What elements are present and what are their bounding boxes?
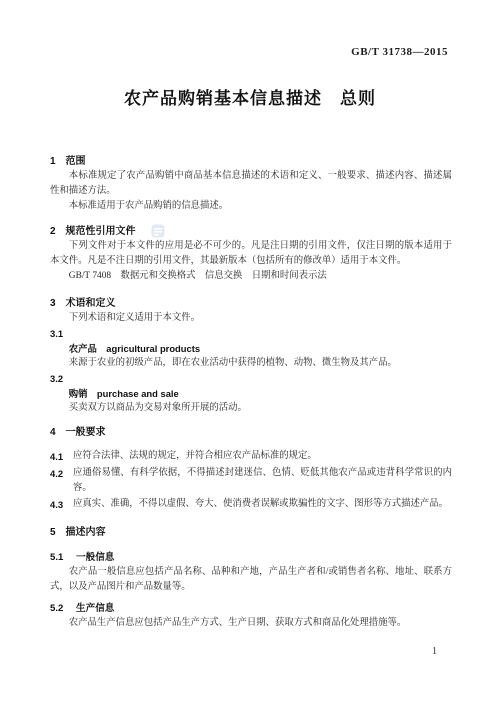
subsection-title: 一般信息 — [76, 552, 114, 563]
subsection-paragraph: 农产品一般信息应包括产品名称、品种和产地，产品生产者和/或销售者名称、地址、联系… — [50, 565, 452, 595]
requirement-item: 4.3 应真实、准确，不得以虚假、夸大、使消费者误解或欺骗性的文字、图形等方式描… — [50, 497, 452, 512]
subsection-paragraph: 农产品生产信息应包括产品生产方式、生产日期、获取方式和商品化处理措施等。 — [50, 616, 452, 631]
section-heading-description-content: 5 描述内容 — [50, 525, 452, 540]
section-heading-references: 2 规范性引用文件 — [50, 224, 452, 239]
term-name: 农产品 agricultural products — [50, 341, 452, 356]
requirement-text: 应符合法律、法规的规定，并符合相应农产品标准的规定。 — [73, 449, 452, 464]
section-heading-scope: 1 范围 — [50, 154, 452, 169]
document-title: 农产品购销基本信息描述 总则 — [0, 84, 500, 109]
requirement-number: 4.2 — [50, 466, 63, 496]
term-number: 3.1 — [50, 326, 452, 341]
document-page: GB/T 31738—2015 农产品购销基本信息描述 总则 1 范围 本标准规… — [0, 0, 500, 703]
requirement-number: 4.1 — [50, 449, 63, 464]
term-name: 购销 purchase and sale — [50, 386, 452, 401]
term-number: 3.2 — [50, 371, 452, 386]
requirement-item: 4.1 应符合法律、法规的规定，并符合相应农产品标准的规定。 — [50, 449, 452, 464]
subsection-heading-production-info: 5.2 生产信息 — [50, 601, 452, 616]
references-paragraph: 下列文件对于本文件的应用是必不可少的。凡是注日期的引用文件，仅注日期的版本适用于… — [50, 239, 452, 269]
requirement-item: 4.2 应通俗易懂、有科学依据，不得描述封建迷信、色情、贬低其他农产品或违背科学… — [50, 466, 452, 496]
term-definition: 买卖双方以商品为交易对象所开展的活动。 — [50, 401, 452, 416]
requirement-text: 应通俗易懂、有科学依据，不得描述封建迷信、色情、贬低其他农产品或违背科学常识的内… — [73, 466, 452, 496]
section-heading-general-requirements: 4 一般要求 — [50, 425, 452, 440]
terms-intro: 下列术语和定义适用于本文件。 — [50, 311, 452, 326]
subsection-heading-general-info: 5.1 一般信息 — [50, 550, 452, 565]
requirement-number: 4.3 — [50, 497, 63, 512]
requirement-text: 应真实、准确，不得以虚假、夸大、使消费者误解或欺骗性的文字、图形等方式描述产品。 — [73, 497, 452, 512]
scope-paragraph-1: 本标准规定了农产品购销中商品基本信息描述的术语和定义、一般要求、描述内容、描述属… — [50, 169, 452, 199]
term-definition: 来源于农业的初级产品，即在农业活动中获得的植物、动物、微生物及其产品。 — [50, 356, 452, 371]
references-citation: GB/T 7408 数据元和交换格式 信息交换 日期和时间表示法 — [50, 269, 452, 284]
document-body: 1 范围 本标准规定了农产品购销中商品基本信息描述的术语和定义、一般要求、描述内… — [50, 147, 452, 631]
subsection-number: 5.1 — [50, 552, 63, 563]
subsection-title: 生产信息 — [76, 603, 114, 614]
subsection-number: 5.2 — [50, 603, 63, 614]
scope-paragraph-2: 本标准适用于农产品购销的信息描述。 — [50, 199, 452, 214]
section-heading-terms: 3 术语和定义 — [50, 296, 452, 311]
page-number: 1 — [432, 646, 437, 657]
standard-code: GB/T 31738—2015 — [351, 46, 448, 58]
